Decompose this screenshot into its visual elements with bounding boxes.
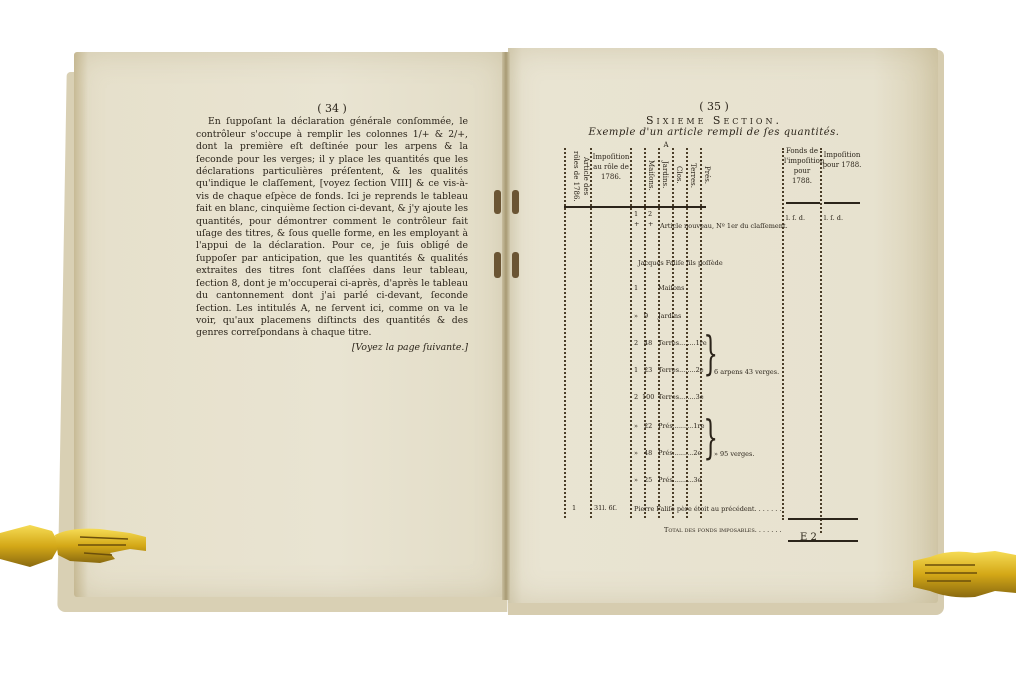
row-qty: 100: [642, 393, 654, 401]
ledger-row: Prés..........1re: [658, 422, 704, 430]
ledger-row: Prés..........3e: [658, 476, 701, 484]
measure-head-2: 2: [648, 210, 652, 218]
row-qty: 2: [634, 339, 638, 347]
ledger-row: Terres........2e: [658, 366, 704, 374]
column-rule: [564, 148, 566, 518]
terres-total: 6 arpens 43 verges.: [714, 368, 779, 376]
row-qty: 48: [644, 339, 652, 347]
row-qty: »: [634, 449, 638, 457]
ledger-row: Maiſons: [658, 284, 684, 292]
col-header-maisons: Maiſons.: [646, 158, 656, 192]
page-number-right: ( 35 ): [564, 100, 864, 113]
column-rule: [658, 148, 660, 518]
book-gutter: [502, 52, 510, 600]
currency-heads-1788-fonds: l. ſ. d.: [786, 214, 805, 222]
col-header-imposition-1786: Impoſition au rôle de 1786.: [592, 152, 630, 182]
section-subtitle: Exemple d'un article rempli de ſes quant…: [564, 127, 864, 138]
col-header-jardins: Jardins.: [660, 158, 670, 192]
header-rule: [564, 206, 706, 208]
column-rule: [630, 148, 632, 518]
subtotal-rule: [788, 518, 858, 520]
ledger-row-new-article: Article nouveau, Nº 1er du claſſement.: [660, 222, 788, 230]
page-number-left: ( 34 ): [196, 103, 468, 115]
open-book: ( 34 ) En ſuppoſant la déclaration génér…: [0, 0, 1016, 678]
binding-stitch: [494, 190, 501, 214]
row-qty: »: [634, 312, 638, 320]
section-title: Sixieme Section.: [564, 114, 864, 127]
column-rule: [590, 148, 592, 518]
total-rule: [788, 540, 858, 542]
ledger-row: Terres........3e: [658, 393, 704, 401]
left-page-text: ( 34 ) En ſuppoſant la déclaration génér…: [196, 103, 468, 354]
col-header-terres: Terres.: [688, 158, 698, 192]
previous-article-number: 1: [572, 504, 576, 512]
column-rule: [672, 148, 674, 518]
col-header-imposition-1788: Impoſition pour 1788.: [822, 150, 862, 170]
previous-imposition: 31l. 6ſ.: [594, 504, 617, 512]
row-qty: 23: [644, 366, 652, 374]
col-header-pres: Prés.: [702, 158, 712, 192]
previous-owner-row: Pierre Faliſe père étoit au précédent. .…: [634, 505, 781, 513]
binding-stitch: [512, 190, 519, 214]
total-row: Total des fonds impoſables. . . . . . .: [664, 526, 782, 534]
row-qty: 22: [644, 422, 652, 430]
ledger-row-owner: Jacques Faliſe fils poſſède: [638, 259, 723, 267]
ledger-table: Article des rôles de 1786. Impoſition au…: [564, 142, 864, 542]
column-rule: [820, 148, 822, 533]
currency-heads-1788-impo: l. ſ. d.: [824, 214, 843, 222]
row-qty: 2: [634, 393, 638, 401]
row-qty: 25: [644, 476, 652, 484]
row-qty: 1: [634, 366, 638, 374]
header-rule: [824, 202, 860, 204]
row-qty: »: [634, 422, 638, 430]
body-paragraph: En ſuppoſant la déclaration générale con…: [196, 116, 468, 339]
column-rule: [686, 148, 688, 518]
column-rule: [700, 148, 702, 518]
column-rule: [782, 148, 784, 520]
folio-signature: E 2: [800, 532, 817, 543]
see-next-page-note: [Voyez la page ſuivante.]: [196, 342, 468, 354]
row-marker: +: [648, 220, 653, 228]
pres-total: » 95 verges.: [714, 450, 754, 458]
col-group-label: A: [632, 140, 700, 150]
brass-hand-clip-right-icon: [905, 535, 1016, 610]
ledger-row: Jardins: [658, 312, 681, 320]
ledger-row: Prés..........2e: [658, 449, 701, 457]
right-page-text: ( 35 ) Sixieme Section. Exemple d'un art…: [564, 100, 864, 542]
binding-stitch: [494, 252, 501, 278]
row-qty: 9: [644, 312, 648, 320]
row-qty: 48: [644, 449, 652, 457]
col-header-article: Article des rôles de 1786.: [571, 150, 591, 202]
binding-stitch: [512, 252, 519, 278]
measure-head-1: 1: [634, 210, 638, 218]
ledger-row: Terres........1re: [658, 339, 707, 347]
col-header-fonds-1788: Fonds de l'impoſition pour 1788.: [784, 146, 820, 186]
row-qty: 1: [634, 284, 638, 292]
header-rule: [786, 202, 820, 204]
col-header-clos: Clos.: [674, 158, 684, 192]
row-qty: »: [634, 476, 638, 484]
brass-hand-clip-left-icon: [0, 515, 150, 585]
row-marker: +: [634, 220, 639, 228]
column-rule: [644, 148, 646, 518]
